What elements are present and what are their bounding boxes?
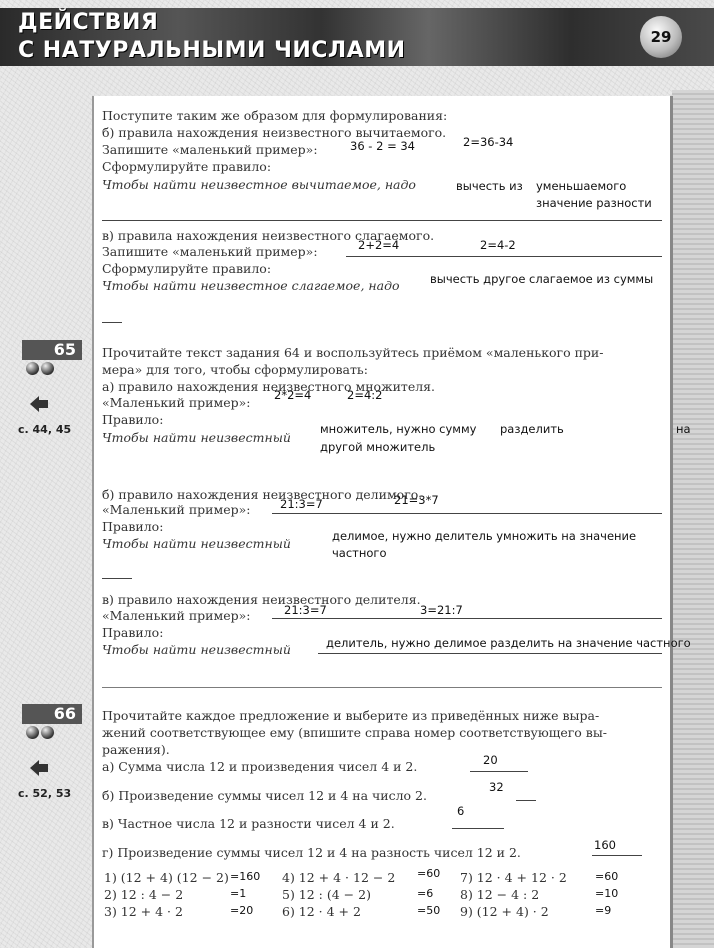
task64-b-answer-2[interactable]: уменьшаемого	[536, 179, 626, 193]
task64-v-example-2[interactable]: 2=4-2	[480, 238, 516, 252]
task65-v-example-2[interactable]: 3=21:7	[420, 603, 463, 617]
task65-intro-1: Прочитайте текст задания 64 и воспользуй…	[102, 345, 604, 360]
expression-text: 4) 12 + 4 · 12 − 2	[282, 870, 395, 885]
expression-item: 3) 12 + 4 · 2=20	[104, 904, 282, 921]
task65-b-title: б) правило нахождения неизвестного делим…	[102, 487, 422, 502]
expression-answer[interactable]: =60	[595, 870, 618, 883]
task65-a-example-2[interactable]: 2=4:2	[347, 388, 382, 402]
task65-a-answer-1[interactable]: множитель, нужно сумму	[320, 422, 476, 436]
task64-b-example-1[interactable]: 36 - 2 = 34	[350, 139, 415, 153]
page-number-ball: 29	[640, 16, 682, 58]
answer-line	[102, 322, 122, 323]
difficulty-balls-icon	[26, 362, 54, 375]
task64-b-answer-1[interactable]: вычесть из	[456, 179, 523, 193]
expression-text: 9) (12 + 4) · 2	[460, 904, 549, 919]
answer-line	[592, 855, 642, 856]
expression-answer[interactable]: =50	[417, 904, 440, 917]
task64-b-answer-3[interactable]: значение разности	[536, 196, 652, 210]
expression-item: 8) 12 − 4 : 2=10	[460, 887, 638, 904]
expression-item: 2) 12 : 4 − 2=1	[104, 887, 282, 904]
expressions-list: 1) (12 + 4) (12 − 2)=1604) 12 + 4 · 12 −…	[104, 870, 638, 921]
answer-line	[516, 800, 536, 801]
chapter-title-line2: С НАТУРАЛЬНЫМИ ЧИСЛАМИ	[18, 38, 406, 63]
answer-line	[102, 220, 662, 221]
task64-b-example-2[interactable]: 2=36-34	[463, 135, 513, 149]
textbook-pages: с. 52, 53	[18, 787, 71, 800]
task66-intro-2: жений соответствующее ему (впишите справ…	[102, 725, 607, 740]
task65-a-example-1[interactable]: 2*2=4	[274, 388, 311, 402]
answer-line	[452, 828, 504, 829]
expression-answer[interactable]: =10	[595, 887, 618, 900]
task65-v-rule-prefix: Чтобы найти неизвестный	[102, 642, 291, 657]
expression-answer[interactable]: =20	[230, 904, 253, 917]
expression-text: 3) 12 + 4 · 2	[104, 904, 183, 919]
task-number-badge: 65	[22, 340, 82, 360]
task66-intro-3: ражения).	[102, 742, 170, 757]
task66-answer-a[interactable]: 20	[483, 753, 498, 767]
task64-b-example-label: Запишите «маленький пример»:	[102, 142, 318, 157]
expression-item: 6) 12 · 4 + 2=50	[282, 904, 460, 921]
task65-a-answer-2[interactable]: разделить	[500, 422, 564, 436]
expression-answer[interactable]: =9	[595, 904, 611, 917]
task65-a-answer-4[interactable]: другой множитель	[320, 440, 435, 454]
answer-line	[102, 578, 132, 579]
task65-b-example-2[interactable]: 21=3*7	[394, 493, 439, 507]
expression-item: 5) 12 : (4 − 2)=6	[282, 887, 460, 904]
answer-line	[272, 618, 662, 619]
answer-line	[272, 513, 662, 514]
expression-row: 1) (12 + 4) (12 − 2)=1604) 12 + 4 · 12 −…	[104, 870, 638, 887]
task66-item-b: б) Произведение суммы чисел 12 и 4 на чи…	[102, 788, 427, 803]
page-number: 29	[651, 28, 672, 46]
task65-b-example-1[interactable]: 21:3=7	[280, 497, 323, 511]
task64-v-example-label: Запишите «маленький пример»:	[102, 244, 318, 259]
task65-v-title: в) правило нахождения неизвестного делит…	[102, 592, 421, 607]
task65-a-rule-prefix: Чтобы найти неизвестный	[102, 430, 291, 445]
task65-b-answer-2[interactable]: частного	[332, 546, 387, 560]
task64-intro: Поступите таким же образом для формулиро…	[102, 108, 447, 123]
chapter-title-line1: ДЕЙСТВИЯ	[18, 10, 158, 35]
expression-text: 2) 12 : 4 − 2	[104, 887, 183, 902]
expression-answer[interactable]: =60	[417, 867, 440, 880]
expression-row: 2) 12 : 4 − 2=15) 12 : (4 − 2)=68) 12 − …	[104, 887, 638, 904]
expression-answer[interactable]: =1	[230, 887, 246, 900]
expression-item: 1) (12 + 4) (12 − 2)=160	[104, 870, 282, 887]
task66-answer-g[interactable]: 160	[594, 838, 616, 852]
task64-v-answer[interactable]: вычесть другое слагаемое из суммы	[430, 272, 653, 286]
expression-row: 3) 12 + 4 · 2=206) 12 · 4 + 2=509) (12 +…	[104, 904, 638, 921]
task66-item-a: а) Сумма числа 12 и произведения чисел 4…	[102, 759, 417, 774]
task66-item-g: г) Произведение суммы чисел 12 и 4 на ра…	[102, 845, 521, 860]
task65-intro-2: мера» для того, чтобы сформулировать:	[102, 362, 368, 377]
textbook-pages: с. 44, 45	[18, 423, 71, 436]
task65-b-rule-label: Правило:	[102, 519, 163, 534]
task65-a-title: а) правило нахождения неизвестного множи…	[102, 379, 435, 394]
task66-item-v: в) Частное числа 12 и разности чисел 4 и…	[102, 816, 395, 831]
task64-b-title: б) правила нахождения неизвестного вычит…	[102, 125, 446, 140]
task65-v-answer[interactable]: делитель, нужно делимое разделить на зна…	[326, 636, 691, 650]
task64-v-rule-prefix: Чтобы найти неизвестное слагаемое, надо	[102, 278, 400, 293]
task65-a-answer-3[interactable]: на	[676, 422, 691, 436]
task65-a-rule-label: Правило:	[102, 412, 163, 427]
task65-b-rule-prefix: Чтобы найти неизвестный	[102, 536, 291, 551]
task64-b-rule-label: Сформулируйте правило:	[102, 159, 271, 174]
answer-line	[346, 256, 662, 257]
task64-v-example-1[interactable]: 2+2=4	[358, 238, 399, 252]
task65-v-example-label: «Маленький пример»:	[102, 608, 250, 623]
task66-intro-1: Прочитайте каждое предложение и выберите…	[102, 708, 599, 723]
task64-b-rule-prefix: Чтобы найти неизвестное вычитаемое, надо	[102, 177, 416, 192]
task65-a-example-label: «Маленький пример»:	[102, 395, 250, 410]
task-number-badge: 66	[22, 704, 82, 724]
expression-text: 8) 12 − 4 : 2	[460, 887, 539, 902]
chapter-banner: ДЕЙСТВИЯ С НАТУРАЛЬНЫМИ ЧИСЛАМИ	[0, 8, 714, 66]
task65-v-example-1[interactable]: 21:3=7	[284, 603, 327, 617]
expression-text: 1) (12 + 4) (12 − 2)	[104, 870, 229, 885]
expression-answer[interactable]: =160	[230, 870, 260, 883]
difficulty-balls-icon	[26, 726, 54, 739]
task65-b-answer-1[interactable]: делимое, нужно делитель умножить на знач…	[332, 529, 636, 543]
task64-v-rule-label: Сформулируйте правило:	[102, 261, 271, 276]
answer-line	[470, 771, 528, 772]
right-margin-decoration	[672, 90, 714, 948]
answer-line	[318, 653, 662, 654]
task66-answer-v[interactable]: 6	[457, 804, 464, 818]
task65-v-rule-label: Правило:	[102, 625, 163, 640]
expression-text: 5) 12 : (4 − 2)	[282, 887, 371, 902]
expression-text: 6) 12 · 4 + 2	[282, 904, 361, 919]
expression-item: 7) 12 · 4 + 12 · 2=60	[460, 870, 638, 887]
expression-text: 7) 12 · 4 + 12 · 2	[460, 870, 567, 885]
expression-item: 9) (12 + 4) · 2=9	[460, 904, 638, 921]
answer-line	[102, 687, 662, 688]
expression-answer[interactable]: =6	[417, 887, 433, 900]
expression-item: 4) 12 + 4 · 12 − 2=60	[282, 870, 460, 887]
task66-answer-b[interactable]: 32	[489, 780, 504, 794]
task65-b-example-label: «Маленький пример»:	[102, 502, 250, 517]
